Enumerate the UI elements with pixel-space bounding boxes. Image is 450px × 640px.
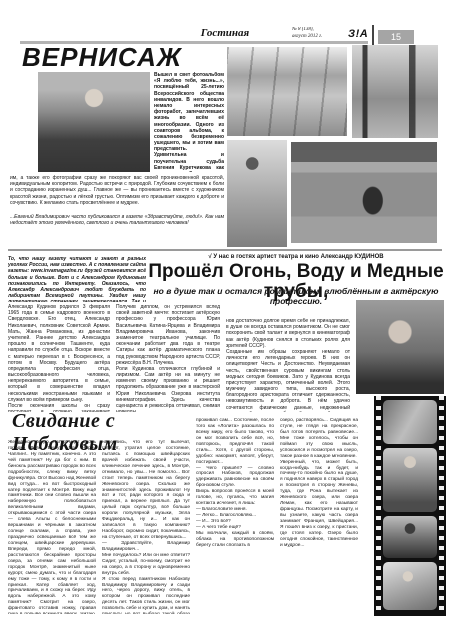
trees-church-photo	[352, 45, 438, 138]
newspaper-page: Гостиная № 8 (138), август 2012 г. З!А 1…	[0, 0, 450, 640]
nabokov-column-3: проживал сам... Состояние, после того ка…	[196, 418, 274, 614]
artist-portrait-photo	[38, 72, 150, 172]
kudinov-kicker: √ У нас в гостях артист театра и кино Ал…	[150, 254, 442, 260]
kudinov-portrait-photo	[356, 300, 444, 394]
kudinov-column-1: Александр Кудинов родился 3 февраля 1965…	[8, 304, 110, 412]
filmstrip	[374, 396, 446, 616]
filmstrip-sprockets-right	[439, 396, 444, 616]
nabokov-column-1: Женевское озеро. Катер идёт вдоль городк…	[8, 440, 96, 614]
header-divider	[372, 25, 374, 46]
strip-photo-cafe-table	[383, 562, 437, 610]
strip-photo-winter-hat	[383, 516, 437, 558]
river-landscape-photo	[227, 47, 347, 136]
section-divider	[8, 249, 442, 251]
filmstrip-sprockets-left	[376, 396, 381, 616]
vernisage-title: ВЕРНИСАЖ	[22, 42, 182, 73]
strip-photo-two-men-hats	[383, 400, 437, 444]
nabokov-column-2: надеялись, что его тут вылечат, говорят,…	[102, 440, 190, 614]
page-number: 15	[378, 30, 414, 44]
page-section-title: Гостиная	[140, 27, 310, 39]
newspaper-logo: З!А	[348, 28, 368, 40]
nabokov-column-4: озеро, растворяясь... Сидящий на стуле, …	[280, 418, 358, 614]
vernisage-intro: Вышел в свет фотоальбом «Я люблю тебя, ж…	[154, 72, 224, 172]
kudinov-lead: То, что нашу газету читают и знают в раз…	[8, 256, 146, 302]
vernisage-closing: ...Евгений Владимирович часто публиковал…	[10, 214, 224, 247]
kudinov-column-3: нов достаточно долгое время себе не прин…	[226, 318, 350, 412]
kudinov-column-2: Получив диплом, он устремился вслед свое…	[116, 304, 220, 412]
issue-date: № 8 (138), август 2012 г.	[292, 27, 342, 40]
dog-on-steps-photo	[291, 142, 437, 243]
vernisage-body: им, а также его фотографии сразу же поко…	[10, 175, 224, 213]
strip-photo-military-uniform	[383, 448, 437, 512]
wheelchair-church-photo	[227, 140, 287, 247]
